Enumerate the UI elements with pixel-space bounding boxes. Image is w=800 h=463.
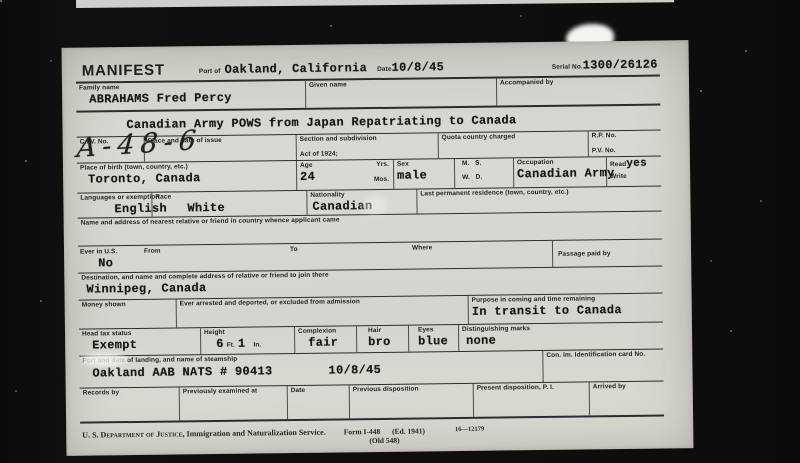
ever-value: No bbox=[98, 257, 113, 270]
height-ft-value: 6 bbox=[216, 338, 224, 351]
given-name-label: Given name bbox=[309, 80, 496, 91]
arrived-by-label: Arrived by bbox=[593, 383, 664, 392]
previous-disposition-label: Previous disposition bbox=[353, 385, 473, 395]
write-label: Write bbox=[610, 173, 661, 182]
sex-label: Sex bbox=[397, 160, 454, 169]
passage-cell: Passage paid by bbox=[552, 240, 662, 267]
sex-cell: Sex male bbox=[394, 159, 455, 189]
footer-row: U. S. Department of Justice, Immigration… bbox=[80, 417, 664, 455]
occupation-value: Canadian Army bbox=[517, 168, 606, 182]
height-in-value: 1 bbox=[238, 338, 246, 351]
height-cell: Height 6 Ft. 1 In. bbox=[201, 327, 295, 354]
money-shown-label: Money shown bbox=[82, 300, 176, 310]
landing-cell: Port and date of landing, and name of st… bbox=[79, 351, 543, 388]
read-value: yes bbox=[626, 158, 647, 170]
passage-label: Passage paid by bbox=[558, 250, 611, 258]
read-write-cell: Read yes Write bbox=[607, 157, 661, 187]
scanned-manifest-page: MANIFEST Port of Oakland, California Dat… bbox=[0, 0, 800, 463]
race-value: White bbox=[187, 201, 306, 216]
from-label: From bbox=[144, 248, 161, 257]
wd-label: W. D. bbox=[462, 174, 513, 183]
arrived-by-cell: Arrived by bbox=[590, 382, 664, 416]
sex-value: male bbox=[397, 169, 454, 183]
examined-at-cell: Previously examined at bbox=[180, 386, 288, 420]
head-tax-value: Exempt bbox=[92, 339, 200, 354]
residence-cell: Last permanent residence (town, country,… bbox=[417, 187, 661, 214]
hair-cell: Hair bro bbox=[357, 326, 409, 353]
form-number: Form I-448 bbox=[344, 427, 381, 436]
records-date-cell: Date bbox=[288, 385, 350, 419]
records-by-label: Records by bbox=[83, 388, 179, 398]
height-label: Height bbox=[204, 328, 294, 338]
eyes-cell: Eyes blue bbox=[409, 325, 459, 352]
race-cell: Race White bbox=[152, 191, 307, 217]
where-label: Where bbox=[412, 244, 432, 253]
age-cell: Age 24 Yrs. Mos. bbox=[297, 160, 394, 190]
occupation-cell: Occupation Canadian Army bbox=[514, 157, 607, 187]
languages-cell: Languages or exemption English bbox=[77, 193, 152, 218]
form-old-number: (Old 548) bbox=[344, 435, 425, 445]
accompanied-label: Accompanied by bbox=[500, 78, 660, 88]
records-by-cell: Records by bbox=[80, 387, 180, 421]
hair-label: Hair bbox=[368, 327, 408, 336]
family-name-value: ABRAHAMS Fred Percy bbox=[89, 91, 305, 107]
manifest-card: MANIFEST Port of Oakland, California Dat… bbox=[62, 40, 694, 456]
section-cell: Section and subdivision Act of 1924; bbox=[297, 133, 439, 160]
serial-label: Serial No. bbox=[552, 63, 583, 72]
id-card-no-cell: Con. Im. Identification card No. bbox=[543, 350, 663, 382]
rp-no-label: R.P. No. bbox=[592, 132, 661, 141]
serial-value: 1300/26126 bbox=[583, 58, 658, 72]
landing-value: Oakland AAB NATS # 90413 bbox=[92, 366, 272, 381]
purpose-value: In transit to Canada bbox=[472, 304, 663, 320]
previous-disposition-cell: Previous disposition bbox=[350, 384, 474, 419]
date-value: 10/8/45 bbox=[391, 61, 444, 75]
languages-value: English bbox=[114, 203, 151, 217]
read-label: Read bbox=[610, 161, 626, 170]
agency-name-rest: Immigration and Naturalization Service. bbox=[185, 428, 326, 439]
eyes-label: Eyes bbox=[418, 326, 458, 335]
age-value: 24 bbox=[300, 170, 374, 184]
birthplace-cell: Place of birth (town, country, etc.) Tor… bbox=[77, 161, 297, 193]
ms-label: M. S. bbox=[462, 159, 513, 168]
complexion-cell: Complexion fair bbox=[295, 326, 357, 353]
relative-label: Name and address of nearest relative or … bbox=[81, 216, 340, 245]
marks-value: none bbox=[466, 333, 663, 349]
to-label: To bbox=[290, 246, 298, 255]
eyes-value: blue bbox=[418, 335, 458, 349]
accompanied-cell: Accompanied by bbox=[497, 77, 660, 106]
agency-name-caps: U. S. Department of Justice, bbox=[82, 429, 184, 439]
purpose-cell: Purpose in coming and time remaining In … bbox=[469, 294, 663, 324]
film-speckles bbox=[0, 0, 2, 2]
age-label: Age bbox=[300, 161, 374, 170]
arrested-cell: Ever arrested and deported, or excluded … bbox=[177, 296, 469, 328]
complexion-label: Complexion bbox=[298, 327, 356, 336]
records-date-label: Date bbox=[291, 386, 349, 395]
card-content: MANIFEST Port of Oakland, California Dat… bbox=[76, 41, 665, 456]
form-edition: (Ed. 1941) bbox=[392, 426, 425, 435]
print-code: 16—12179 bbox=[455, 426, 484, 433]
adjacent-card-edge bbox=[76, 0, 674, 8]
examined-at-label: Previously examined at bbox=[183, 387, 287, 397]
manifest-title: MANIFEST bbox=[82, 63, 165, 79]
quota-cell: Quota country charged bbox=[439, 131, 589, 158]
port-label: Port of bbox=[199, 67, 221, 76]
date-label: Date bbox=[377, 65, 392, 74]
section-label: Section and subdivision bbox=[300, 134, 438, 144]
act-label: Act of 1924; bbox=[300, 149, 438, 159]
arrested-label: Ever arrested and deported, or excluded … bbox=[180, 297, 468, 309]
money-shown-cell: Money shown bbox=[79, 299, 177, 328]
yrs-label: Yrs. bbox=[374, 161, 389, 170]
mos-label: Mos. bbox=[374, 176, 389, 185]
ft-label: Ft. bbox=[227, 342, 235, 351]
in-label: In. bbox=[253, 342, 261, 351]
present-disposition-cell: Present disposition, P. I. bbox=[474, 382, 590, 416]
given-name-cell: Given name bbox=[306, 79, 497, 108]
residence-label: Last permanent residence (town, country,… bbox=[420, 188, 661, 199]
birthplace-value: Toronto, Canada bbox=[88, 171, 296, 187]
rp-pv-cell: R.P. No. P.V. No. bbox=[589, 131, 661, 157]
head-tax-label: Head tax status bbox=[82, 329, 200, 339]
marital-cell: M. S. W. D. bbox=[455, 158, 514, 188]
pv-no-label: P.V. No. bbox=[592, 146, 661, 155]
id-card-no-label: Con. Im. Identification card No. bbox=[546, 351, 663, 361]
quota-label: Quota country charged bbox=[442, 132, 588, 142]
complexion-value: fair bbox=[308, 337, 356, 351]
landing-date-value: 10/8/45 bbox=[328, 364, 381, 378]
marks-cell: Distinguishing marks none bbox=[459, 323, 663, 351]
hair-value: bro bbox=[368, 336, 408, 350]
handwritten-civ-number: A-48-6 bbox=[76, 127, 203, 162]
family-name-cell: Family name ABRAHAMS Fred Percy bbox=[76, 81, 306, 111]
head-tax-cell: Head tax status Exempt bbox=[79, 328, 201, 355]
present-disposition-label: Present disposition, P. I. bbox=[477, 383, 589, 393]
port-value: Oakland, California bbox=[224, 62, 367, 77]
scan-smudge bbox=[81, 353, 127, 367]
